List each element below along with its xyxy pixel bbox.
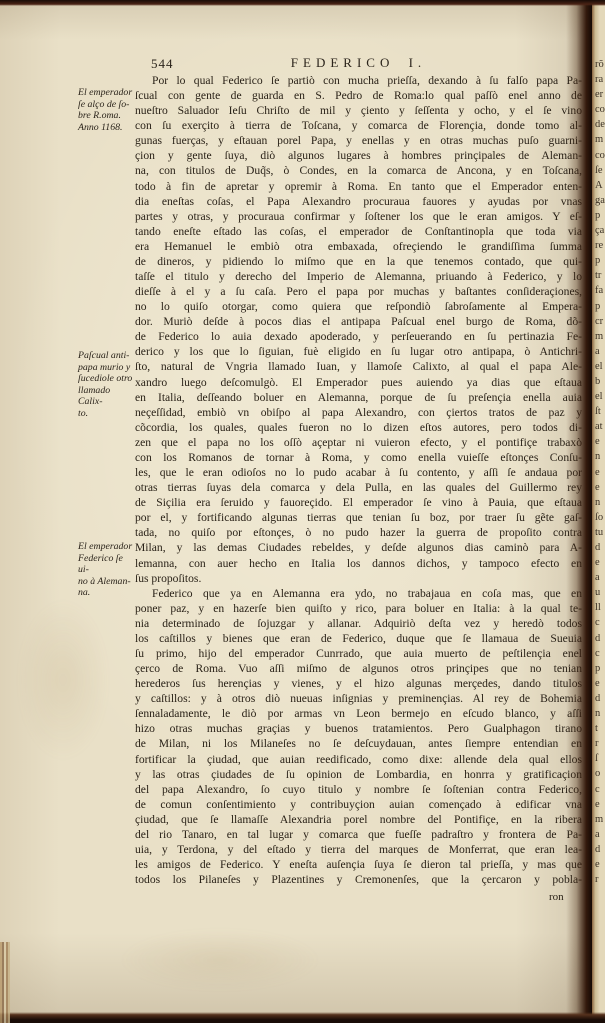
- facing-page-fragment: e: [592, 555, 605, 570]
- body-line: otras tierras ſuyas dela comarca y dela …: [135, 480, 582, 495]
- body-line: les amigos de Federico. Y eneſta auſençi…: [135, 857, 582, 872]
- body-line: con los Romanos de tornar à Roma, y como…: [135, 450, 582, 465]
- facing-page-fragment: c: [592, 646, 605, 661]
- facing-page-fragment: el: [592, 389, 605, 404]
- facing-page-fragment: b: [592, 374, 605, 389]
- facing-page-fragment: p: [592, 299, 605, 314]
- running-title: FEDERICO I.: [135, 55, 582, 71]
- facing-page-fragment: d: [592, 691, 605, 706]
- margin-note-line: llamado Calix-: [78, 385, 136, 408]
- body-line: Milan, y las demas Ciudades rebeldes, y …: [135, 540, 582, 555]
- facing-page-fragment: ga: [592, 193, 605, 208]
- body-line: de Siçilia era ſeruido y fauoreçido. El …: [135, 495, 582, 510]
- facing-page-fragment: t: [592, 721, 605, 736]
- body-line: çion y gente ſuya, diò algunos lugares à…: [135, 148, 582, 163]
- facing-page-fragment: e: [592, 797, 605, 812]
- body-line: y las otras çiudades de ſu opinion de Lo…: [135, 767, 582, 782]
- facing-page-fragment: ra: [592, 72, 605, 87]
- body-line: nia determinado de ſojuzgar y allanar. A…: [135, 616, 582, 631]
- facing-page-fragment: r: [592, 872, 605, 887]
- facing-page-fragment: p: [592, 661, 605, 676]
- facing-page-fragment: d: [592, 540, 605, 555]
- facing-page-sliver: rõraercodemcoſeAgapçareptrfapcrmaelbelſt…: [592, 0, 605, 1023]
- facing-page-fragment: d: [592, 631, 605, 646]
- facing-page-fragment: m: [592, 329, 605, 344]
- margin-note-line: El emperador: [78, 541, 136, 553]
- body-line: derico y los que lo ſiguian, fuè eligido…: [135, 344, 582, 359]
- body-line: tando eneſte eſtado las coſas, el empera…: [135, 224, 582, 239]
- facing-page-fragment: co: [592, 148, 605, 163]
- margin-note-line: Anno 1168.: [78, 122, 136, 134]
- body-line: era Hemanuel le embiò otra embaxada, ofr…: [135, 239, 582, 254]
- body-line: no lo quiſo otorgar, como quiera que reſ…: [135, 299, 582, 314]
- margin-note-line: na.: [78, 587, 136, 599]
- body-line: Por lo qual Federico ſe partiò con mucha…: [135, 73, 582, 88]
- body-text: Por lo qual Federico ſe partiò con mucha…: [135, 73, 582, 887]
- body-line: herederos ſus herençias y vienes, y el h…: [135, 676, 582, 691]
- body-line: todo à fin de apretar y opremir à Roma. …: [135, 179, 582, 194]
- facing-page-fragment: a: [592, 570, 605, 585]
- margin-note-line: bre R.oma.: [78, 110, 136, 122]
- margin-note-line: El emperador: [78, 87, 136, 99]
- catchword: ron: [549, 891, 564, 903]
- facing-page-fragment: u: [592, 585, 605, 600]
- body-line: de Milan, ni los Milaneſes no ſe deſcuyd…: [135, 736, 582, 751]
- body-line: ſu primo, hijo del emperador Cunrrado, q…: [135, 646, 582, 661]
- body-line: fortificar la çiudad, que auian reedific…: [135, 752, 582, 767]
- facing-page-fragment: ſe: [592, 163, 605, 178]
- body-line: ſus propoſitos.: [135, 571, 582, 586]
- facing-page-fragment: co: [592, 102, 605, 117]
- facing-page-fragment: fa: [592, 283, 605, 298]
- body-line: lemanna, con auer hecho en Italia los da…: [135, 556, 582, 571]
- margin-note-line: Paſcual anti-: [78, 350, 136, 362]
- body-line: ſto, natural de Vngria llamado Iuan, y l…: [135, 359, 582, 374]
- body-line: zen que el papa no los oſſò açeptar ni v…: [135, 435, 582, 450]
- facing-page-fragment: er: [592, 87, 605, 102]
- facing-page-fragment: at: [592, 419, 605, 434]
- facing-page-fragment: n: [592, 706, 605, 721]
- facing-page-fragment: e: [592, 465, 605, 480]
- body-line: con ſu exerçito à tierra de Toſcana, y c…: [135, 118, 582, 133]
- paper-stain: [18, 600, 108, 760]
- body-line: en Italia, deſſeando boluer en Alemanna,…: [135, 390, 582, 405]
- facing-page-fragment: o: [592, 766, 605, 781]
- margin-note-line: to.: [78, 408, 136, 420]
- margin-note-line: papa murio y: [78, 362, 136, 374]
- body-line: neçeſſidad, embiò vn obiſpo al papa Alex…: [135, 405, 582, 420]
- book-photo: 544 FEDERICO I. El emperadorſe alço de ſ…: [0, 0, 605, 1023]
- body-line: uia, y Terdona, y del eſtado y tierra de…: [135, 842, 582, 857]
- body-line: del papa Alexandro, ſo cuyo titulo y nom…: [135, 782, 582, 797]
- facing-page-fragment: n: [592, 495, 605, 510]
- body-line: ſcual con gente de guarda en S. Pedro de…: [135, 88, 582, 103]
- facing-page-fragment: rõ: [592, 57, 605, 72]
- body-line: les, que le eran odioſos no lo pudo acab…: [135, 465, 582, 480]
- facing-page-fragment: r: [592, 736, 605, 751]
- body-line: partes y otras, y procuraua confirmar y …: [135, 209, 582, 224]
- facing-page-fragment: p: [592, 208, 605, 223]
- body-line: tada, no quiſo por eſtonçes, ò no pudo h…: [135, 525, 582, 540]
- body-line: dieſſe à el y a ſu caſa. Pero el papa po…: [135, 284, 582, 299]
- body-line: de dineros, y pidiendo lo miſmo que en l…: [135, 254, 582, 269]
- facing-page-fragment: e: [592, 480, 605, 495]
- body-line: todos los Pilaneſes y Plazentines y Crem…: [135, 872, 582, 887]
- facing-page-fragment: c: [592, 782, 605, 797]
- body-line: gunas fuerças, y eſtauan porel Papa, y e…: [135, 133, 582, 148]
- photo-edge-top: [0, 0, 605, 6]
- body-line: y caſtillos: y à otros diò nueuas inſign…: [135, 691, 582, 706]
- page-stack-edge: [0, 942, 10, 1023]
- paper-stain: [120, 930, 320, 990]
- body-line: poner paz, y en hazerſe bien quiſto y ri…: [135, 601, 582, 616]
- facing-page-fragment: e: [592, 857, 605, 872]
- facing-page-fragment: ſo: [592, 510, 605, 525]
- facing-page-fragment: m: [592, 132, 605, 147]
- body-line: de Federico lo auia dexado apoderado, y …: [135, 329, 582, 344]
- facing-page-fragment: n: [592, 449, 605, 464]
- body-line: cõcordia, los quales, quales fueron no l…: [135, 420, 582, 435]
- facing-page-fragment: re: [592, 238, 605, 253]
- facing-page-fragment: tu: [592, 525, 605, 540]
- facing-page-fragment: ſ: [592, 751, 605, 766]
- facing-page-fragment: A: [592, 178, 605, 193]
- photo-edge-bottom: [0, 1012, 605, 1023]
- facing-page-fragment: m: [592, 812, 605, 827]
- body-line: hizo otras muchas graçias y buenos trata…: [135, 721, 582, 736]
- facing-page-fragment: e: [592, 676, 605, 691]
- body-line: por el, y fortificando algunas tierras q…: [135, 510, 582, 525]
- margin-note-line: Federico ſe ui-: [78, 553, 136, 576]
- facing-page-fragment: p: [592, 253, 605, 268]
- facing-page-fragment: a: [592, 827, 605, 842]
- body-line: de comun conſentimiento y contribuyçion …: [135, 797, 582, 812]
- facing-page-fragment: tr: [592, 268, 605, 283]
- facing-page-fragment: el: [592, 359, 605, 374]
- facing-page-fragment: ll: [592, 600, 605, 615]
- facing-page-fragment: cr: [592, 314, 605, 329]
- body-line: xandro luego deſcomulgò. El Emperador pu…: [135, 375, 582, 390]
- body-line: çiudad, que ſe llamaſſe Alexandria porel…: [135, 812, 582, 827]
- facing-page-fragment: c: [592, 615, 605, 630]
- body-line: dia eneſtas coſas, el Papa Alexandro pro…: [135, 194, 582, 209]
- body-line: los caſtillos y bienes que eran de Feder…: [135, 631, 582, 646]
- margin-note-line: ſucediole otro: [78, 373, 136, 385]
- margin-note: El emperadorFederico ſe ui-no à Aleman-n…: [78, 541, 136, 599]
- facing-page-fragment: e: [592, 434, 605, 449]
- facing-page-fragment: d: [592, 842, 605, 857]
- margin-note: El emperadorſe alço de ſo-bre R.oma.Anno…: [78, 87, 136, 133]
- body-line: del rio Tanaro, en tal lugar y comarca q…: [135, 827, 582, 842]
- body-line: çerco de Roma. Vuo aſſi miſmo de algunos…: [135, 661, 582, 676]
- body-line: nueſtro Saluador Ieſu Chriſto de mil y ç…: [135, 103, 582, 118]
- facing-page-fragment: ſt: [592, 404, 605, 419]
- facing-page-fragment: ça: [592, 223, 605, 238]
- body-line: taſſe el titulo y derecho del Imperio de…: [135, 269, 582, 284]
- body-line: ſennaladamente, le diò por armas vn Leon…: [135, 706, 582, 721]
- margin-note-line: ſe alço de ſo-: [78, 99, 136, 111]
- body-line: Federico que ya en Alemanna era ydo, no …: [135, 586, 582, 601]
- facing-page-fragment: a: [592, 344, 605, 359]
- body-line: dor. Muriò deſde à pocos dias el antipap…: [135, 314, 582, 329]
- facing-page-fragment: de: [592, 117, 605, 132]
- margin-note-line: no à Aleman-: [78, 576, 136, 588]
- gutter-shadow: [566, 0, 592, 1023]
- body-line: na, con titulos de Duq̃s, ò Condes, en l…: [135, 163, 582, 178]
- margin-note: Paſcual anti-papa murio yſucediole otrol…: [78, 350, 136, 420]
